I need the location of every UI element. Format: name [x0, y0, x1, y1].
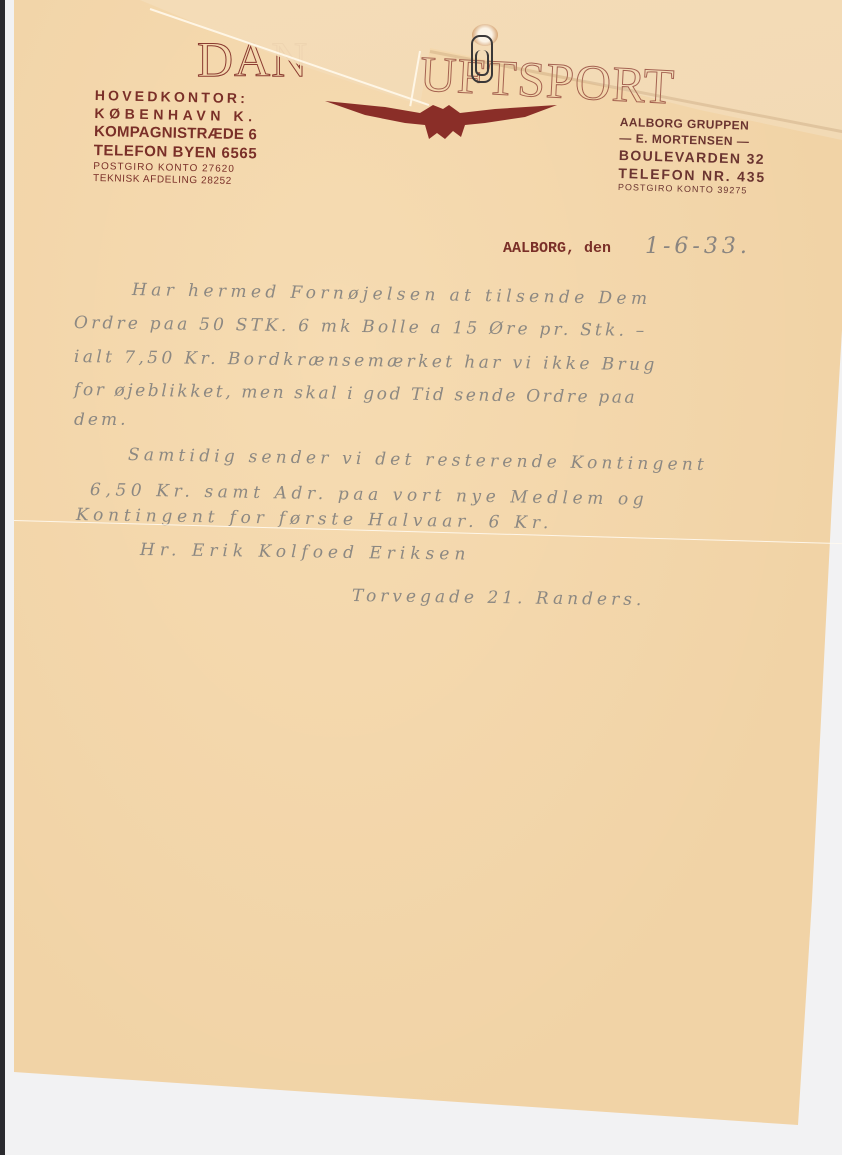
- head-office-label: HOVEDKONTOR:: [95, 88, 259, 105]
- head-office-street: KOMPAGNISTRÆDE 6: [94, 124, 258, 142]
- paperclip-inner-loop: [475, 50, 489, 76]
- dateline-handwritten-date: 1-6-33.: [645, 234, 751, 259]
- dateline-printed: AALBORG, den: [503, 240, 611, 257]
- letter-line: dem.: [74, 410, 128, 430]
- aalborg-group-address: AALBORG GRUPPEN — E. MORTENSEN — BOULEVA…: [618, 116, 768, 196]
- group-phone: TELEFON NR. 435: [618, 166, 766, 184]
- recipient-address: Torvegade 21. Randers.: [352, 586, 646, 610]
- head-office-phone: TELEFON BYEN 6565: [94, 143, 258, 161]
- scanner-edge: [0, 0, 5, 1155]
- group-name: AALBORG GRUPPEN: [620, 116, 768, 132]
- group-street: BOULEVARDEN 32: [619, 148, 767, 166]
- head-office-address: HOVEDKONTOR: KØBENHAVN K. KOMPAGNISTRÆDE…: [93, 88, 259, 187]
- group-contact: — E. MORTENSEN —: [619, 132, 767, 148]
- head-office-city: KØBENHAVN K.: [94, 106, 258, 123]
